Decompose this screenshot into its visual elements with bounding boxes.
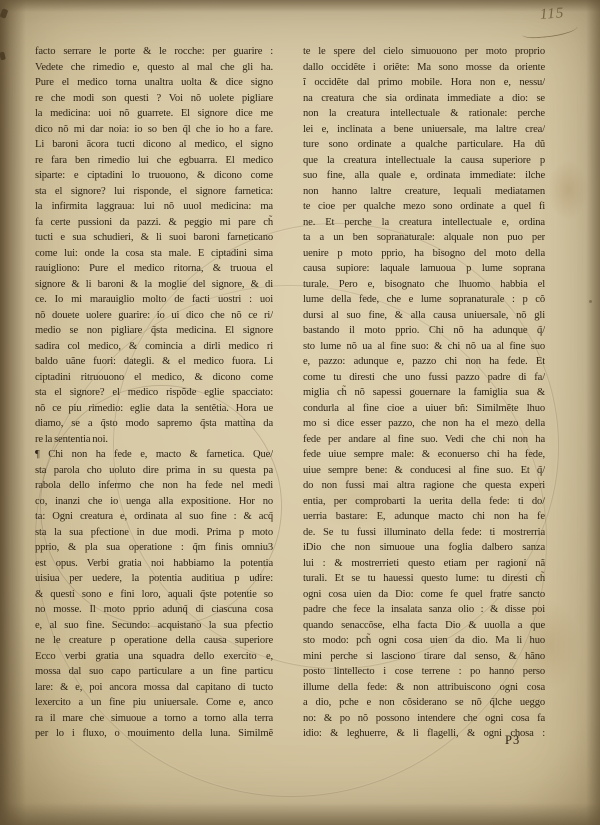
page-edge-shadow-right xyxy=(586,0,600,825)
text-line: & questi sono e fini loro, aquali q̃ste … xyxy=(35,587,273,603)
page-edge-shadow-bottom xyxy=(0,803,600,825)
text-line: fa certe pussioni da pazzi. & peggio mi … xyxy=(35,215,273,231)
text-line: tucti e sua schudieri, & li suoi baroni … xyxy=(35,230,273,246)
text-line: lare: & e, poi ancora mossa dal capitano… xyxy=(35,680,273,696)
text-line: non hanno laltre creature, lequali media… xyxy=(303,184,545,200)
text-line: siparte: e ciptadini lo truouono, & dico… xyxy=(35,168,273,184)
text-line: suo fine, alla quale e, ordinata immedia… xyxy=(303,168,545,184)
text-line: ne. Et perche la creatura intellectuale … xyxy=(303,215,545,231)
text-line: come lui: onde la cosa sta male. E cipta… xyxy=(35,246,273,262)
text-line: rabola dello infermo che non ha fede nel… xyxy=(35,478,273,494)
text-line: sto lume nõ ua al fine suo: & chi nõ ua … xyxy=(303,339,545,355)
text-line: nõ ce piu rimedio: eglie data la sentẽti… xyxy=(35,401,273,417)
page-edge-shadow-left xyxy=(0,0,26,825)
text-line: condurla al fine cioe a uiuer bñ: Similm… xyxy=(303,401,545,417)
text-line: ne le creature p operatione della causa … xyxy=(35,633,273,649)
text-line: fede per andare al fine suo. Vedi che ch… xyxy=(303,432,545,448)
text-line: facto serrare le porte & le rocche: per … xyxy=(35,44,273,60)
text-line: pprio, & pla sua operatione : q̃m finis … xyxy=(35,540,273,556)
text-line: est opus. Verbi gratia noi habbiamo la p… xyxy=(35,556,273,572)
text-line: lexercito a un fine piu uniuersale. Come… xyxy=(35,695,273,711)
text-line: de. Se tu fussi illuminato della fede: t… xyxy=(303,525,545,541)
text-line: come tu diresti che uno fussi pazzo padr… xyxy=(303,370,545,386)
text-line: la medicina: uoi nõ guarrete. El signore… xyxy=(35,106,273,122)
text-line: entia, per comprobarti la uerita della f… xyxy=(303,494,545,510)
text-line: no: & po nõ possono intendere che ogni c… xyxy=(303,711,545,727)
text-line: uiue sempre bene: & conducesi al fine su… xyxy=(303,463,545,479)
text-line: uerria bastare: E, adunque macto chi non… xyxy=(303,509,545,525)
text-line: turali. Et se tu hauessi questo lume: tu… xyxy=(303,571,545,587)
text-line: sta el signore? el medico rispõde eglie … xyxy=(35,385,273,401)
text-line: ¶ Chi non ha fede e, macto & farnetica. … xyxy=(35,447,273,463)
text-line: Vedete che rimedio e, questo al mal che … xyxy=(35,60,273,76)
text-line: Li baroni ãcora tucti dicono al medico, … xyxy=(35,137,273,153)
text-line: e, pazzo: adunque e, pazzo chi non ha fe… xyxy=(303,354,545,370)
text-line: fede uiue sempre male: & econuerso chi h… xyxy=(303,447,545,463)
text-line: posto lintellecto i cose terrene : po ha… xyxy=(303,664,545,680)
text-line: illume della fede: & non attribuiscono o… xyxy=(303,680,545,696)
text-line: rauigliono: Pure el medico ritorna, & tr… xyxy=(35,261,273,277)
signature-mark: P3 xyxy=(505,733,520,748)
page-edge-shadow-top xyxy=(0,0,600,12)
text-line: lei e, inclinata a bene uniuersale, ma l… xyxy=(303,122,545,138)
text-line: ra il mare che simuoue a torno a torno a… xyxy=(35,711,273,727)
folio-underline-flourish xyxy=(521,20,578,40)
text-line: co, inanzi che io uenga alla expositione… xyxy=(35,494,273,510)
text-line: sadira col medico, & comincia a dirli me… xyxy=(35,339,273,355)
text-line: sto modo: pch̃ ogni cosa uien da dio. Ma… xyxy=(303,633,545,649)
text-line: turale. Pero e, bisognato che lhuomo hab… xyxy=(303,277,545,293)
text-line: mossa dal suo capo particulare a un fine… xyxy=(35,664,273,680)
text-line: sta parola cho uoluto dire prima in su q… xyxy=(35,463,273,479)
text-line: la infirmita laggraua: lui nõ uuol medic… xyxy=(35,199,273,215)
text-line: mo si dice esser pazzo, che non ha el me… xyxy=(303,416,545,432)
ink-speck xyxy=(589,300,592,303)
text-line: quando senaccõse, elha facta Dio & uuoll… xyxy=(303,618,545,634)
text-line: causa supiore: laquale lamuoua p lume so… xyxy=(303,261,545,277)
text-line: nõ douete uolere guarire: io ui dico che… xyxy=(35,308,273,324)
text-line: uenire p moto pprio, ha bisogno del moto… xyxy=(303,246,545,262)
text-line: re che modi son questi ? Voi nõ uolete p… xyxy=(35,91,273,107)
text-line: diamo, se a q̃sto modo sapremo q̃sta mat… xyxy=(35,416,273,432)
text-line: que la creatura intellectuale la causa s… xyxy=(303,153,545,169)
text-column-right: te le spere del cielo simuouono per moto… xyxy=(303,44,545,742)
text-line: iDio che non simuoue una foglia dalbero … xyxy=(303,540,545,556)
text-line: sta el signore? lui risponde, el signore… xyxy=(35,184,273,200)
text-line: a dio, pche e non cõsiderano se nõ q̃lch… xyxy=(303,695,545,711)
text-line: te le spere del cielo simuouono per moto… xyxy=(303,44,545,60)
text-line: mini perche si lasciono tirare dal senso… xyxy=(303,649,545,665)
text-line: baldo uãne fuori: dategli. & el medico f… xyxy=(35,354,273,370)
text-line: Ecco verbi gratia una squadra dello exer… xyxy=(35,649,273,665)
text-line: dico nõ mi dar noia: io so ben q̃l che i… xyxy=(35,122,273,138)
text-line: dallo occidẽte i oriẽte: Ma sono mosse d… xyxy=(303,60,545,76)
text-line: sta la sua pfectione in due modi. Prima … xyxy=(35,525,273,541)
text-line: ta: Ogni creatura e, ordinata al suo fin… xyxy=(35,509,273,525)
text-line: ce. Io mi marauiglio molto de facti uost… xyxy=(35,292,273,308)
text-line: miglia ch̃ nõ sapessi gouernare la famig… xyxy=(303,385,545,401)
text-line: signore & li baroni & la moglie del sign… xyxy=(35,277,273,293)
text-line: ture sono ordinate a qualche particulare… xyxy=(303,137,545,153)
text-line: ta a un ben sopranaturale: alquale non p… xyxy=(303,230,545,246)
text-line: ogni cosa uien da Dio: come fe quel frat… xyxy=(303,587,545,603)
text-line: non la creatura intellectuale & rational… xyxy=(303,106,545,122)
text-line: padre che fece la insalata sanza olio : … xyxy=(303,602,545,618)
text-line: uisiua per uedere, la potentia auditiua … xyxy=(35,571,273,587)
text-line: do non fussi mai altra ragione che quest… xyxy=(303,478,545,494)
text-line: e, al suo fine. Secundo: acquistano la s… xyxy=(35,618,273,634)
text-line: dursi al suo fine, & alla causa uniuersa… xyxy=(303,308,545,324)
text-line: per lo i fluxo, o mouimento della luna. … xyxy=(35,726,273,742)
text-line: bastando il moto pprio. Chi nõ ha adunqu… xyxy=(303,323,545,339)
text-line: Pure el medico torna unaltra uolta & dic… xyxy=(35,75,273,91)
text-line: na creatura che sia ordinata immediate a… xyxy=(303,91,545,107)
text-line: ĩ occidẽte dal primo mobile. Hora non e,… xyxy=(303,75,545,91)
text-line: medio se non pigliare q̃sta medicina. El… xyxy=(35,323,273,339)
text-line: re fara ben rimedio lui che egbuarra. El… xyxy=(35,153,273,169)
text-line: lume della fede, che e lume sopranatural… xyxy=(303,292,545,308)
paper-stain xyxy=(548,160,588,220)
text-column-left: facto serrare le porte & le rocche: per … xyxy=(35,44,273,742)
text-line: no mosse. Il moto pprio adunq̃ di ciascu… xyxy=(35,602,273,618)
text-line: re la sententia noi. xyxy=(35,432,273,448)
text-line: lui : & mostrerrieti questo etiam per ra… xyxy=(303,556,545,572)
text-line: te cioe per qualche mezo sono ordinate a… xyxy=(303,199,545,215)
book-page-scan: 115 facto serrare le porte & le rocche: … xyxy=(0,0,600,825)
text-line: ciptadini ritruouono el medico, & dicono… xyxy=(35,370,273,386)
